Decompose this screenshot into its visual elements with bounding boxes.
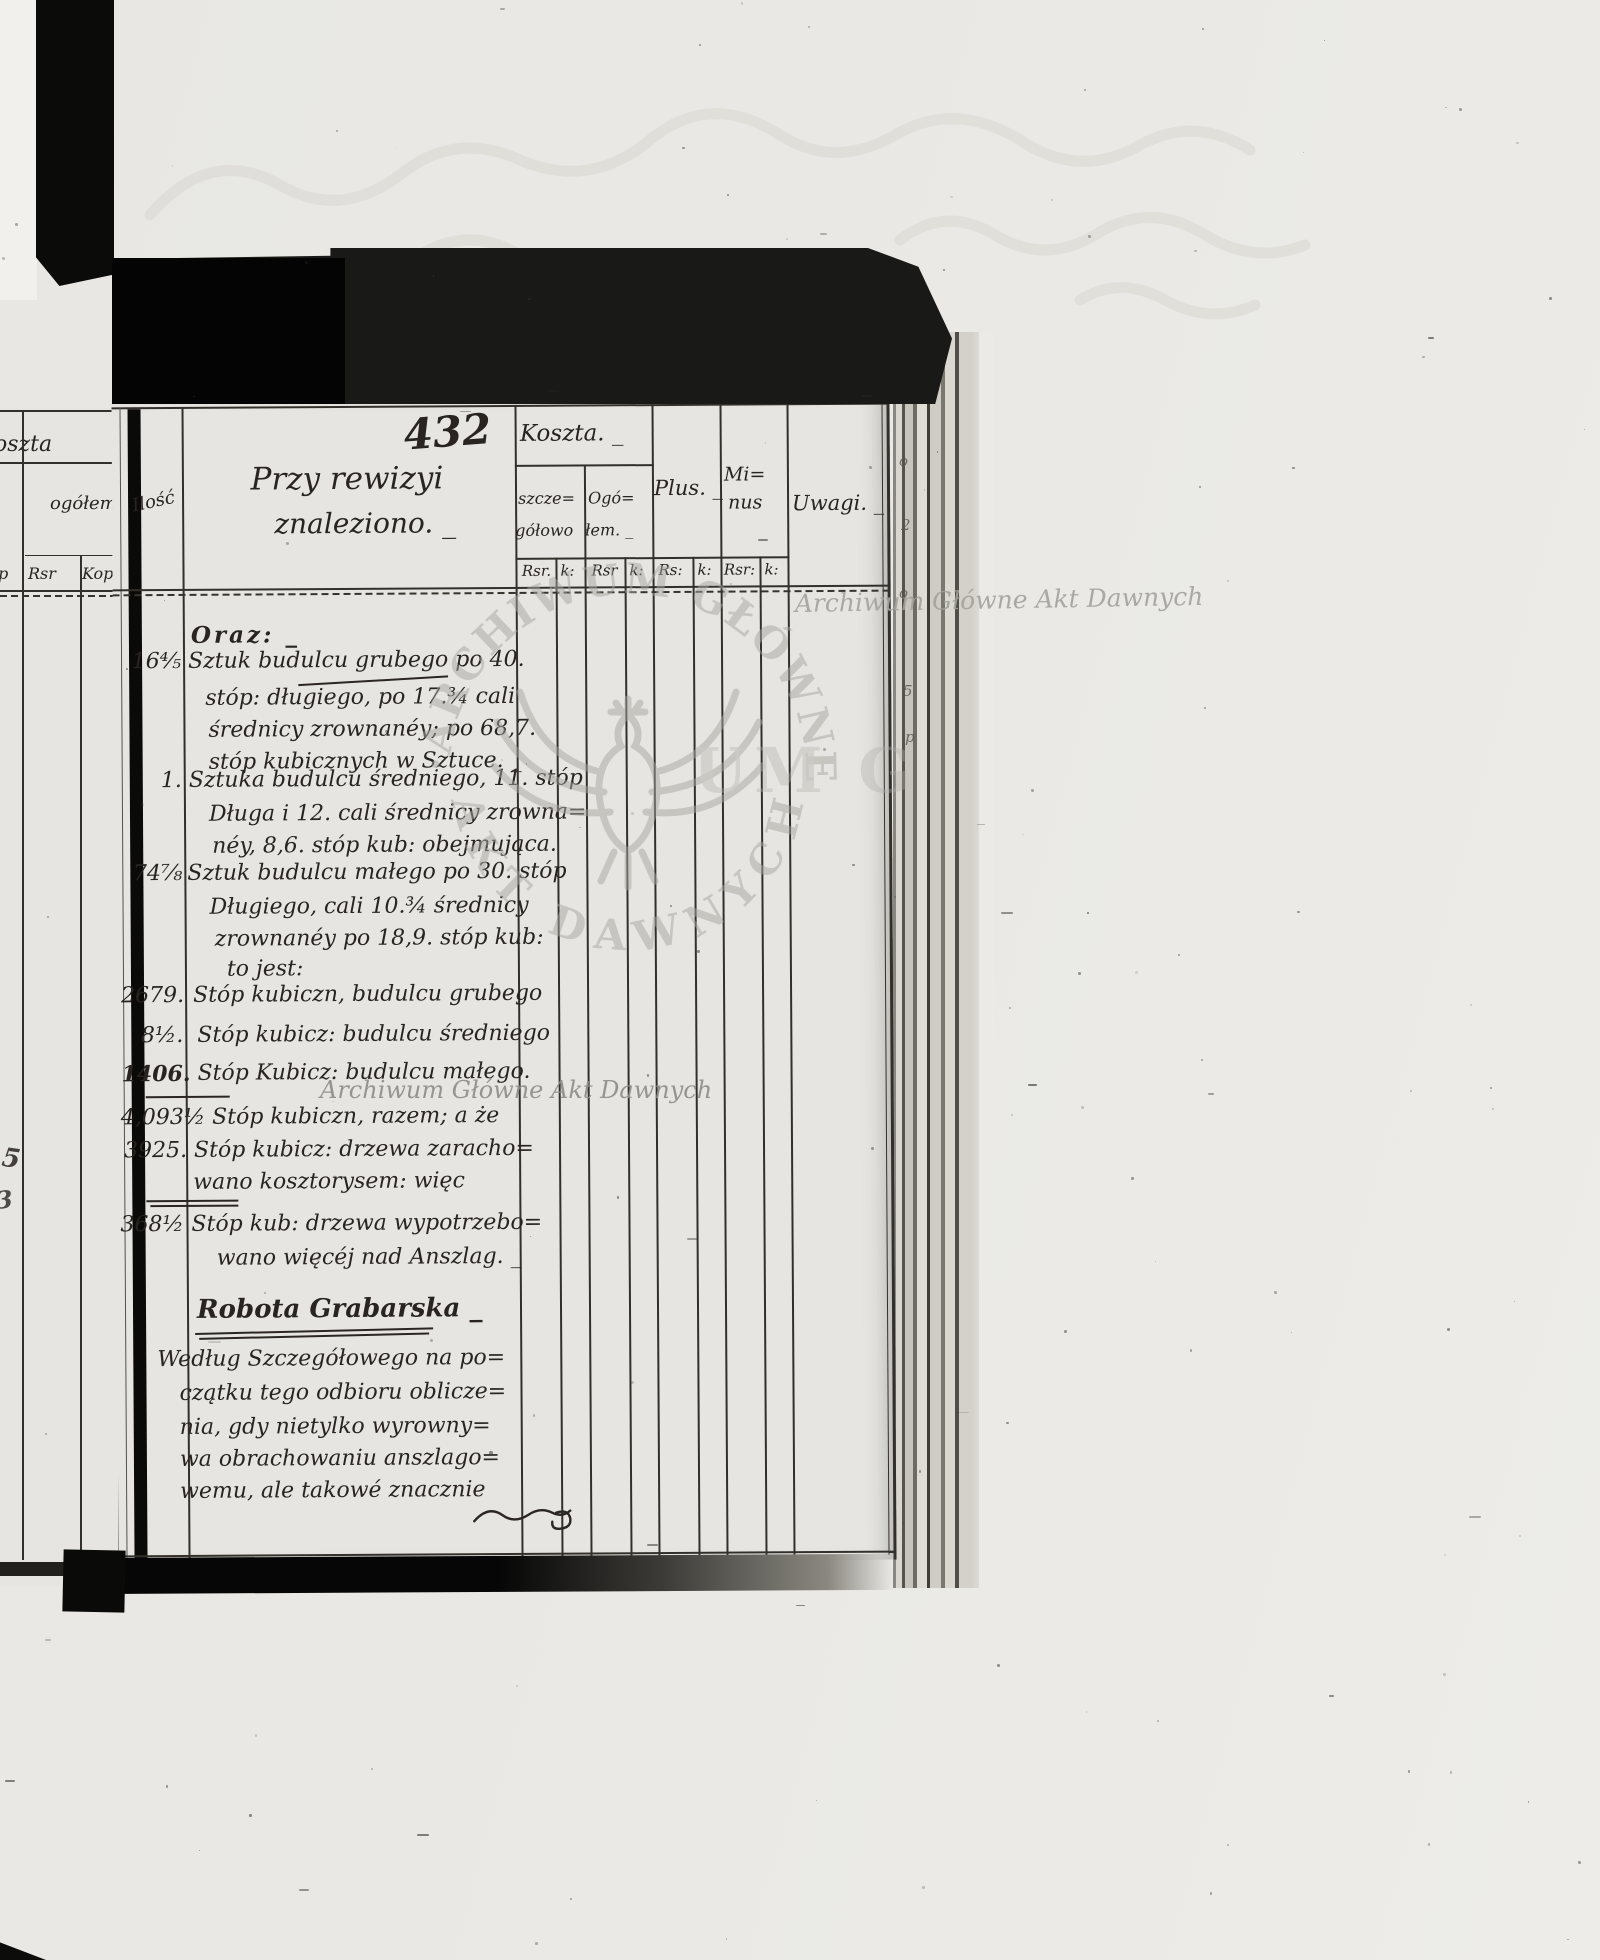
binding-fade [972, 332, 994, 1588]
speck [1022, 834, 1023, 835]
speck [1274, 1291, 1277, 1294]
page-bottom-shadow [68, 1554, 894, 1594]
speck [1178, 954, 1180, 956]
speck [1001, 912, 1013, 914]
speck [535, 1942, 538, 1945]
speck [570, 1898, 572, 1900]
speck [1519, 1535, 1522, 1538]
document-page: 432 Koszta. _ Przy rewizyi znaleziono. _… [111, 395, 896, 1565]
handwriting-line: Oraz: _ [191, 623, 300, 647]
quantity-value: 16⅘ [119, 651, 181, 673]
handwriting-line: czątku tego odbioru oblicze= [179, 1381, 506, 1405]
speck [1006, 1422, 1008, 1424]
left-page-rsr-label: Rsr [28, 566, 56, 582]
speck [1528, 1801, 1530, 1803]
speck [1292, 467, 1294, 469]
handwriting-line: wa obrachowaniu anszlago= [180, 1447, 500, 1471]
speck [922, 1886, 925, 1889]
handwriting-line: Stóp kubicz: budulcu średniego [197, 1023, 550, 1047]
book-binding-band [893, 332, 979, 1588]
handwriting-line: 3925. Stóp kubicz: drzewa zaracho= [124, 1138, 534, 1163]
left-page-stray-mark: 3 [0, 1187, 14, 1213]
speck [816, 1800, 817, 1801]
speck [726, 1938, 728, 1940]
handwriting-body: Oraz: _16⅘Sztuk budulcu grubego po 40.st… [111, 395, 896, 1565]
black-clamp-tab [62, 1549, 125, 1612]
speck [371, 1768, 373, 1770]
speck [1009, 1007, 1011, 1009]
speck [1081, 1106, 1084, 1109]
handwriting-line: Długa i 12. cali średnicy zrowna= [209, 801, 587, 825]
speck [5, 1780, 16, 1782]
speck [1408, 1770, 1411, 1773]
speck [1584, 429, 1585, 430]
speck [1208, 1093, 1213, 1095]
handwriting-line: Długiego, cali 10.¾ średnicy [209, 895, 528, 919]
corner-black-wedge [0, 1938, 46, 1960]
speck [1567, 1939, 1569, 1941]
left-page: oszta ogółem p Rsr Kop 5 3 [0, 408, 122, 1586]
speck [249, 1814, 251, 1816]
left-page-ogolem-label: ogółem [50, 495, 117, 513]
speck [516, 1685, 519, 1688]
speck [1578, 1861, 1581, 1864]
handwriting-line: to jest: [227, 958, 304, 980]
handwriting-line: zrownanéy po 18,9. stóp kub: [215, 927, 544, 951]
speck [1131, 1177, 1134, 1180]
speck [1087, 912, 1088, 913]
handwriting-line: néy, 8,6. stóp kub: obejmująca. [212, 834, 557, 858]
handwriting-line: nia, gdy nietylko wyrowny= [180, 1415, 491, 1439]
speck [1199, 486, 1202, 489]
handwriting-line: Stóp kubiczn, budulcu grubego [193, 983, 542, 1007]
signature-flourish [470, 1495, 580, 1536]
speck [1297, 911, 1299, 913]
black-exposure-band-dark [112, 258, 345, 404]
speck [796, 1605, 805, 1607]
speck [1190, 1349, 1193, 1352]
speck [417, 1834, 430, 1836]
speck [1428, 1843, 1430, 1845]
speck [1410, 1090, 1412, 1092]
speck [1028, 1084, 1037, 1086]
black-clamp-bar [36, 0, 114, 286]
speck [1329, 1695, 1334, 1697]
quantity-value: 1406. [122, 1063, 184, 1085]
speck [1469, 1516, 1481, 1518]
speck [1291, 1332, 1292, 1333]
handwriting-line: Stóp Kubicz: budulcu małego. [198, 1061, 531, 1085]
handwriting-line: wano kosztorysem: więc [193, 1170, 465, 1194]
speck [1450, 1771, 1452, 1773]
handwriting-line: Sztuka budulcu średniego, 11. stóp [189, 768, 583, 792]
archival-scan: oszta ogółem p Rsr Kop 5 3 [0, 0, 1600, 1960]
left-page-stray-mark: 5 [0, 1145, 22, 1173]
speck [299, 1889, 309, 1891]
scanner-edge-strip [0, 0, 37, 300]
speck [1447, 1328, 1450, 1331]
handwriting-line: Stóp kub: drzewa wypotrzebo= [191, 1212, 542, 1236]
handwriting-line: wano więcéj nad Anszlag. _ [217, 1246, 522, 1270]
speck [1201, 1059, 1204, 1062]
speck [255, 1734, 258, 1737]
speck [1204, 707, 1206, 709]
quantity-value: 74⅞ [120, 863, 182, 885]
handwriting-line: Sztuk budulcu grubego po 40. [188, 649, 525, 673]
speck [199, 1850, 200, 1851]
speck [1227, 580, 1230, 583]
speck [1492, 1108, 1494, 1110]
handwriting-line: Robota Grabarska _ [197, 1295, 483, 1323]
speck [1157, 1720, 1159, 1722]
handwriting-line: wemu, ale takowé znacznie [180, 1479, 486, 1503]
speck [1078, 972, 1081, 975]
left-page-koszta-label: oszta [0, 434, 52, 456]
quantity-value: 1. [120, 770, 182, 792]
speck [1011, 1114, 1013, 1116]
speck [1210, 1892, 1213, 1895]
speck [166, 1785, 169, 1788]
left-page-kop-label: Kop [82, 566, 113, 582]
speck [1086, 1711, 1088, 1713]
speck [1031, 789, 1034, 792]
speck [997, 1664, 1000, 1667]
handwriting-line: Sztuk budulcu małego po 30. stóp [187, 861, 566, 885]
speck [1155, 1261, 1156, 1262]
handwriting-line: średnicy zrownanéy; po 68,7. [208, 718, 536, 742]
speck [1227, 1844, 1229, 1846]
handwriting-line: 4,093½ Stóp kubiczn, razem; a że [121, 1105, 500, 1129]
speck [1135, 971, 1138, 974]
left-page-kop-partial: p [0, 566, 8, 582]
speck [1470, 1004, 1472, 1006]
speck [1514, 1301, 1515, 1302]
quantity-value: 368½ [120, 1214, 182, 1236]
speck [1490, 1087, 1492, 1089]
handwriting-line: Według Szczegółowego na po= [157, 1347, 505, 1371]
speck [1444, 1554, 1446, 1556]
speck [1064, 1330, 1067, 1333]
quantity-value: 8½. [121, 1025, 183, 1047]
speck [45, 1639, 51, 1641]
handwriting-line: stóp: długiego, po 17.¾ cali [205, 686, 515, 710]
speck [1443, 1673, 1446, 1676]
quantity-value: 2679. [121, 985, 183, 1007]
